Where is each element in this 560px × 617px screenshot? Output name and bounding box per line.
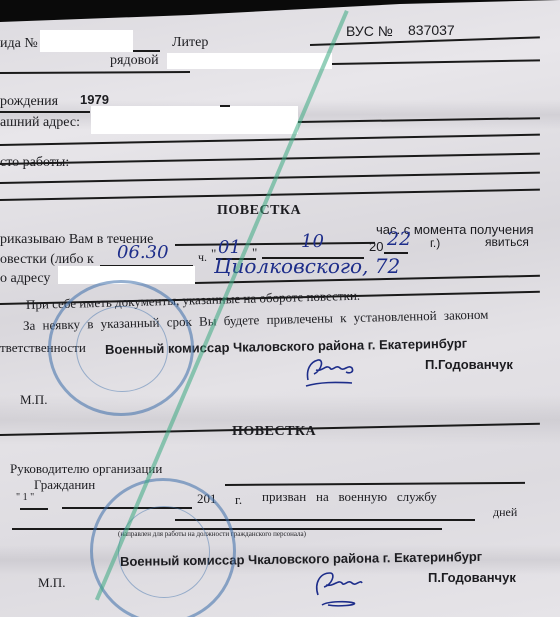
year-suffix: г.) [430,236,440,250]
drafted-text: призван на военную службу [262,489,437,505]
rule [0,134,540,146]
official-stamp [90,478,236,617]
seal-label-2: М.П. [38,575,65,591]
rule [175,242,375,246]
vus-label: ВУС № [346,23,393,39]
rule [0,71,190,74]
year-prefix: 20 [369,239,383,254]
rule [0,153,540,165]
handwritten-time: 06.30 [117,242,169,263]
year-suffix-2: г. [235,492,242,508]
rule [0,172,540,184]
rank-label: рядовой [110,53,159,69]
birth-year: 1979 [80,92,109,107]
birth-label: рождения [0,94,58,110]
rule [0,111,90,113]
vus-number: 837037 [408,22,455,38]
signatory-name: П.Годованчук [425,357,513,372]
signature-icon [308,565,368,610]
seal-label: М.П. [20,392,47,408]
citizen-label: Гражданин [34,477,95,493]
hour-label: ч. [198,250,207,265]
signature-icon [300,352,360,392]
signatory-name-2: П.Годованчук [428,570,516,585]
redacted-name [167,53,332,69]
rule [225,482,525,486]
redacted-address [91,106,298,134]
summons-2-title: ПОВЕСТКА [232,424,316,440]
org-head-label: Руководителю организации [10,461,162,477]
rule [20,508,48,510]
date-quote: " 1 " [16,492,34,503]
rule [133,50,160,52]
liter-label: Литер [172,35,208,51]
handwritten-year: 22 [387,228,411,250]
days-label: дней [493,505,517,520]
address-label: ашний адрес: [0,115,80,131]
redacted-card-number [40,30,133,52]
rule [332,59,540,64]
handwritten-month: 10 [301,231,324,252]
appear-label: явиться [485,235,529,249]
summons-address-label: о адресу [0,271,50,287]
rule [220,105,230,107]
summons-paper: ида № Литер ВУС № 837037 рядовой рождени… [0,0,560,617]
official-stamp [48,280,194,416]
card-label: ида № [0,36,38,52]
